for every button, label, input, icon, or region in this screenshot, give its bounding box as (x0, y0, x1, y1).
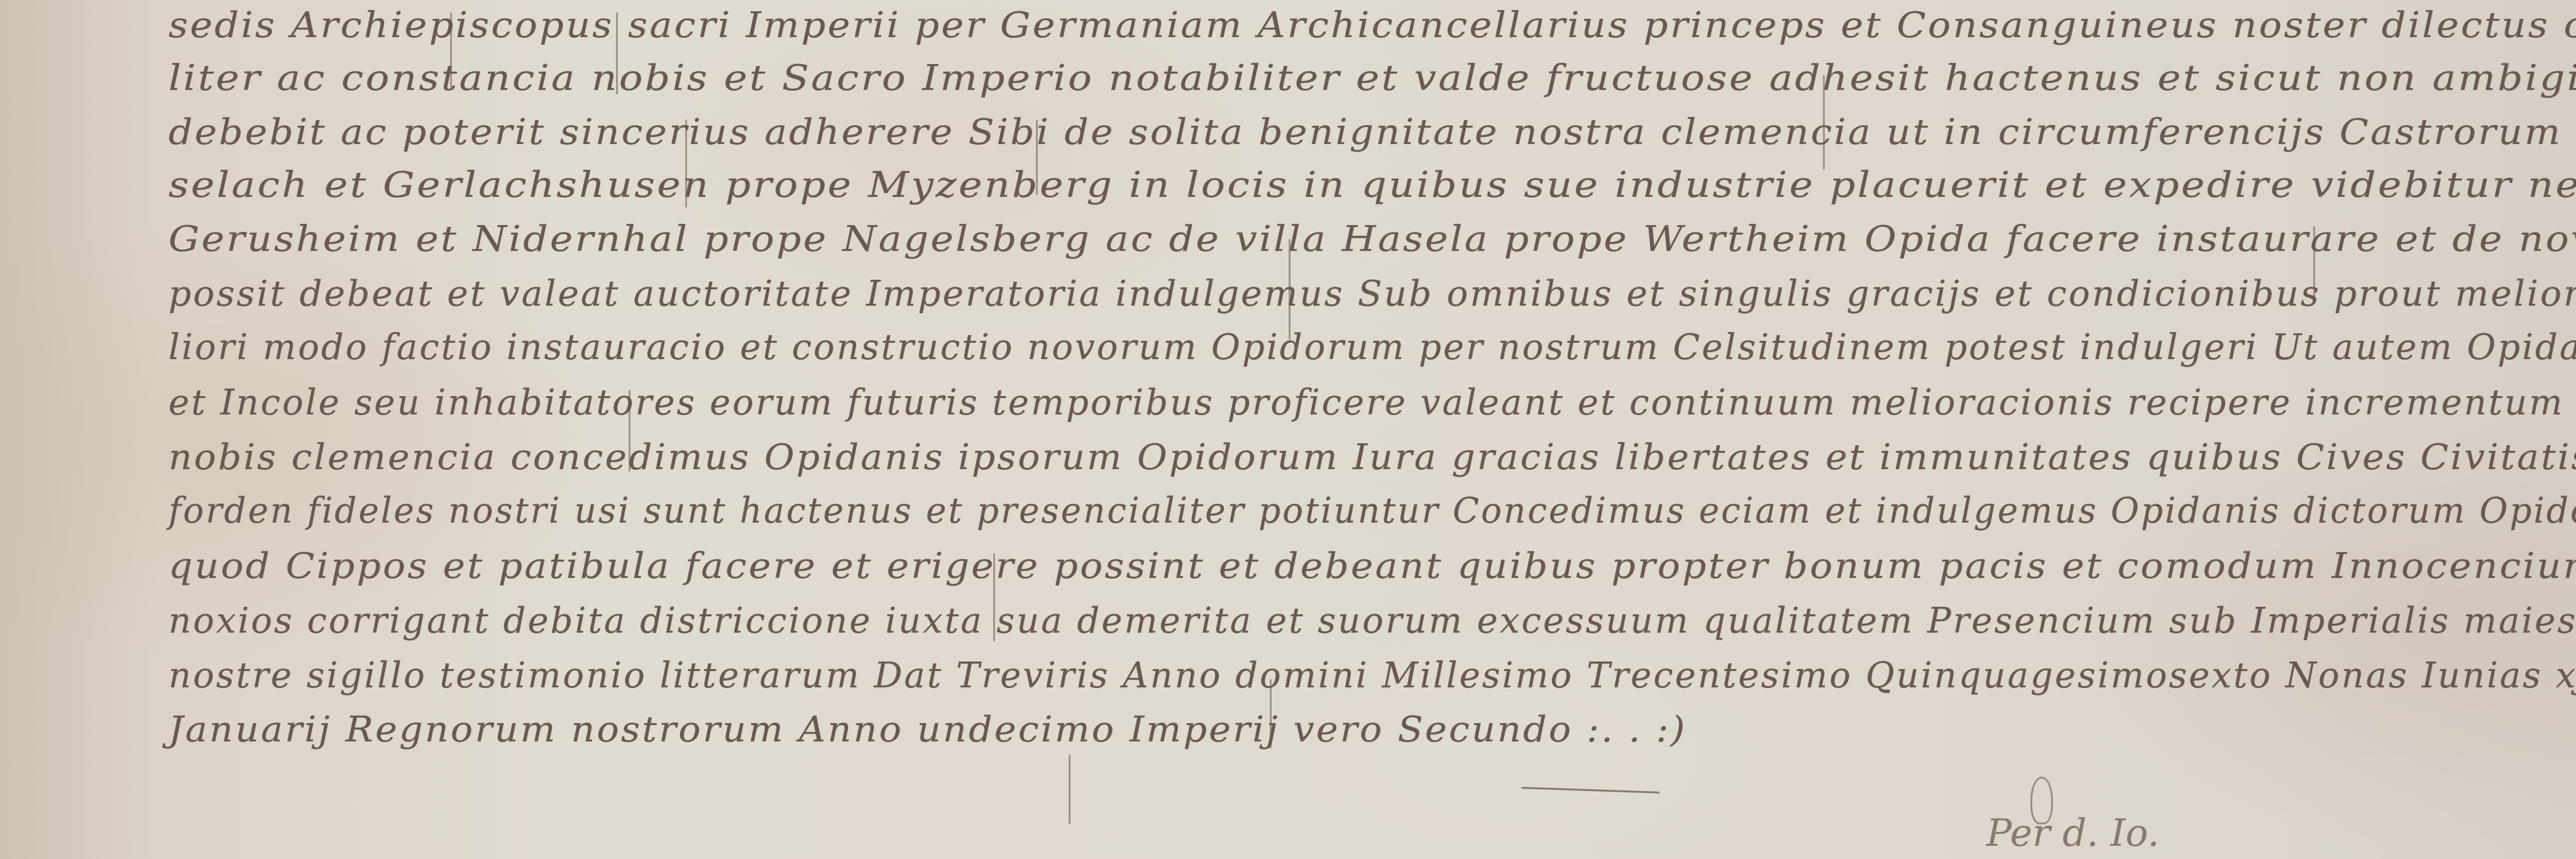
descender-stroke (1270, 679, 1272, 748)
descender-stroke (629, 390, 630, 472)
text-line-1: sedis Archiepiscopus sacri Imperii per G… (168, 5, 2576, 46)
text-line-9: nobis clemencia concedimus Opidanis ipso… (168, 437, 2576, 478)
text-line-14: Januarij Regnorum nostrorum Anno undecim… (168, 709, 1687, 750)
descender-stroke (993, 553, 995, 641)
text-line-4: selach et Gerlachshusen prope Myzenberg … (168, 165, 2576, 206)
descender-stroke (616, 13, 618, 94)
text-line-11: quod Cippos et patibula facere et eriger… (168, 546, 2576, 587)
parchment-document: sedis Archiepiscopus sacri Imperii per G… (0, 0, 2576, 859)
text-line-7: liori modo factio instauracio et constru… (168, 327, 2576, 368)
text-line-12: noxios corrigant debita districcione iux… (168, 601, 2576, 641)
descender-stroke (1823, 75, 1825, 170)
margin-stain (0, 0, 151, 859)
descender-stroke (685, 119, 687, 208)
text-line-13: nostre sigillo testimonio litterarum Dat… (168, 655, 2576, 696)
notary-mark: Per d. Io. (1986, 811, 2159, 855)
text-line-3: debebit ac poterit sincerius adherere Si… (168, 112, 2576, 153)
text-line-5: Gerusheim et Nidernhal prope Nagelsberg … (168, 219, 2576, 260)
descender-stroke (1069, 755, 1071, 824)
text-line-10: forden fideles nostri usi sunt hactenus … (168, 490, 2576, 531)
descender-stroke (1289, 239, 1291, 340)
text-line-2: liter ac constancia nobis et Sacro Imper… (168, 58, 2576, 99)
text-line-6: possit debeat et valeat auctoritate Impe… (168, 274, 2576, 314)
closing-flourish (1521, 787, 1660, 794)
descender-stroke (1036, 119, 1038, 195)
descender-stroke (2313, 226, 2315, 302)
text-line-8: et Incole seu inhabitatores eorum futuri… (168, 382, 2576, 423)
descender-stroke (450, 13, 452, 88)
